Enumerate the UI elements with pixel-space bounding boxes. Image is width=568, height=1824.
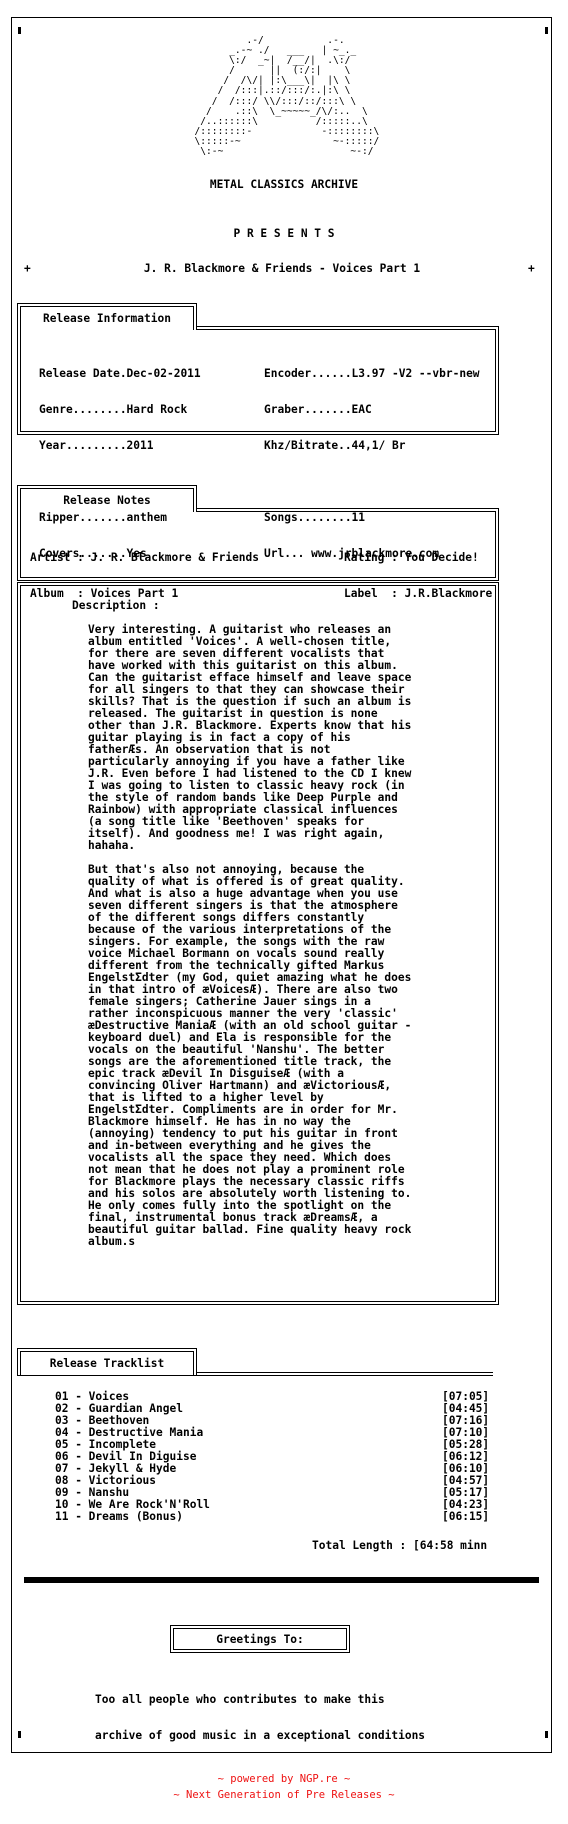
greetings-box: Greetings To:	[170, 1625, 350, 1653]
track-list: 01 - Voices[07:05]02 - Guardian Angel[04…	[55, 1391, 495, 1523]
title-right-marker: +	[528, 263, 535, 275]
footer-powered-by: ~ powered by NGP.re ~	[0, 1773, 568, 1785]
description-paragraph-1: Very interesting. A guitarist who releas…	[88, 624, 411, 852]
description-label: Description :	[72, 600, 160, 612]
section-divider-bar	[24, 1577, 539, 1583]
track-length: [06:15]	[442, 1511, 489, 1523]
greetings-text: Too all people who contributes to make t…	[95, 1670, 425, 1754]
graber: Graber.......EAC	[264, 404, 480, 416]
release-title: J. R. Blackmore & Friends - Voices Part …	[0, 263, 566, 275]
artist: Artist : J. R. Blackmore & Friends	[30, 552, 259, 564]
greetings-line: archive of good music in a exceptional c…	[95, 1730, 425, 1742]
track-title: 11 - Dreams (Bonus)	[55, 1510, 183, 1523]
tracklist-divider-inner	[17, 1375, 493, 1376]
description-paragraph-2: But that's also not annoying, because th…	[88, 864, 411, 1248]
khz-bitrate: Khz/Bitrate..44,1/ Br	[264, 440, 480, 452]
presents-heading: P R E S E N T S	[0, 228, 568, 240]
corner-marker	[18, 1731, 21, 1738]
release-information-tab-label: Release Information	[43, 312, 171, 325]
footer-tagline: ~ Next Generation of Pre Releases ~	[0, 1789, 568, 1801]
corner-marker	[545, 27, 548, 34]
ascii-logo: .-/ .-. _.-~ ./ ___ | ~_._ \:/ _~| /__/|…	[0, 36, 568, 157]
release-tracklist-tab-label: Release Tracklist	[50, 1357, 165, 1370]
rating: Rating : You Decide!	[344, 552, 492, 564]
year: Year.........2011	[39, 440, 201, 452]
corner-marker	[18, 27, 21, 34]
corner-marker	[545, 1731, 548, 1738]
genre: Genre........Hard Rock	[39, 404, 201, 416]
greetings-label: Greetings To:	[216, 1633, 304, 1646]
encoder: Encoder......L3.97 -V2 --vbr-new	[264, 368, 480, 380]
ascii-logo-art: .-/ .-. _.-~ ./ ___ | ~_._ \:/ _~| /__/|…	[189, 36, 380, 157]
release-notes-tab-label: Release Notes	[63, 494, 151, 507]
release-tracklist-tab: Release Tracklist	[17, 1348, 197, 1375]
greetings-line: Too all people who contributes to make t…	[95, 1694, 425, 1706]
tracklist-divider	[196, 1372, 493, 1373]
release-date: Release Date.Dec-02-2011	[39, 368, 201, 380]
release-information-tab: Release Information	[17, 303, 197, 330]
total-length: Total Length : [64:58 minn	[312, 1540, 487, 1552]
logo-caption: METAL CLASSICS ARCHIVE	[0, 179, 568, 191]
track-row: 11 - Dreams (Bonus)[06:15]	[55, 1511, 495, 1523]
release-notes-tab: Release Notes	[17, 485, 197, 512]
